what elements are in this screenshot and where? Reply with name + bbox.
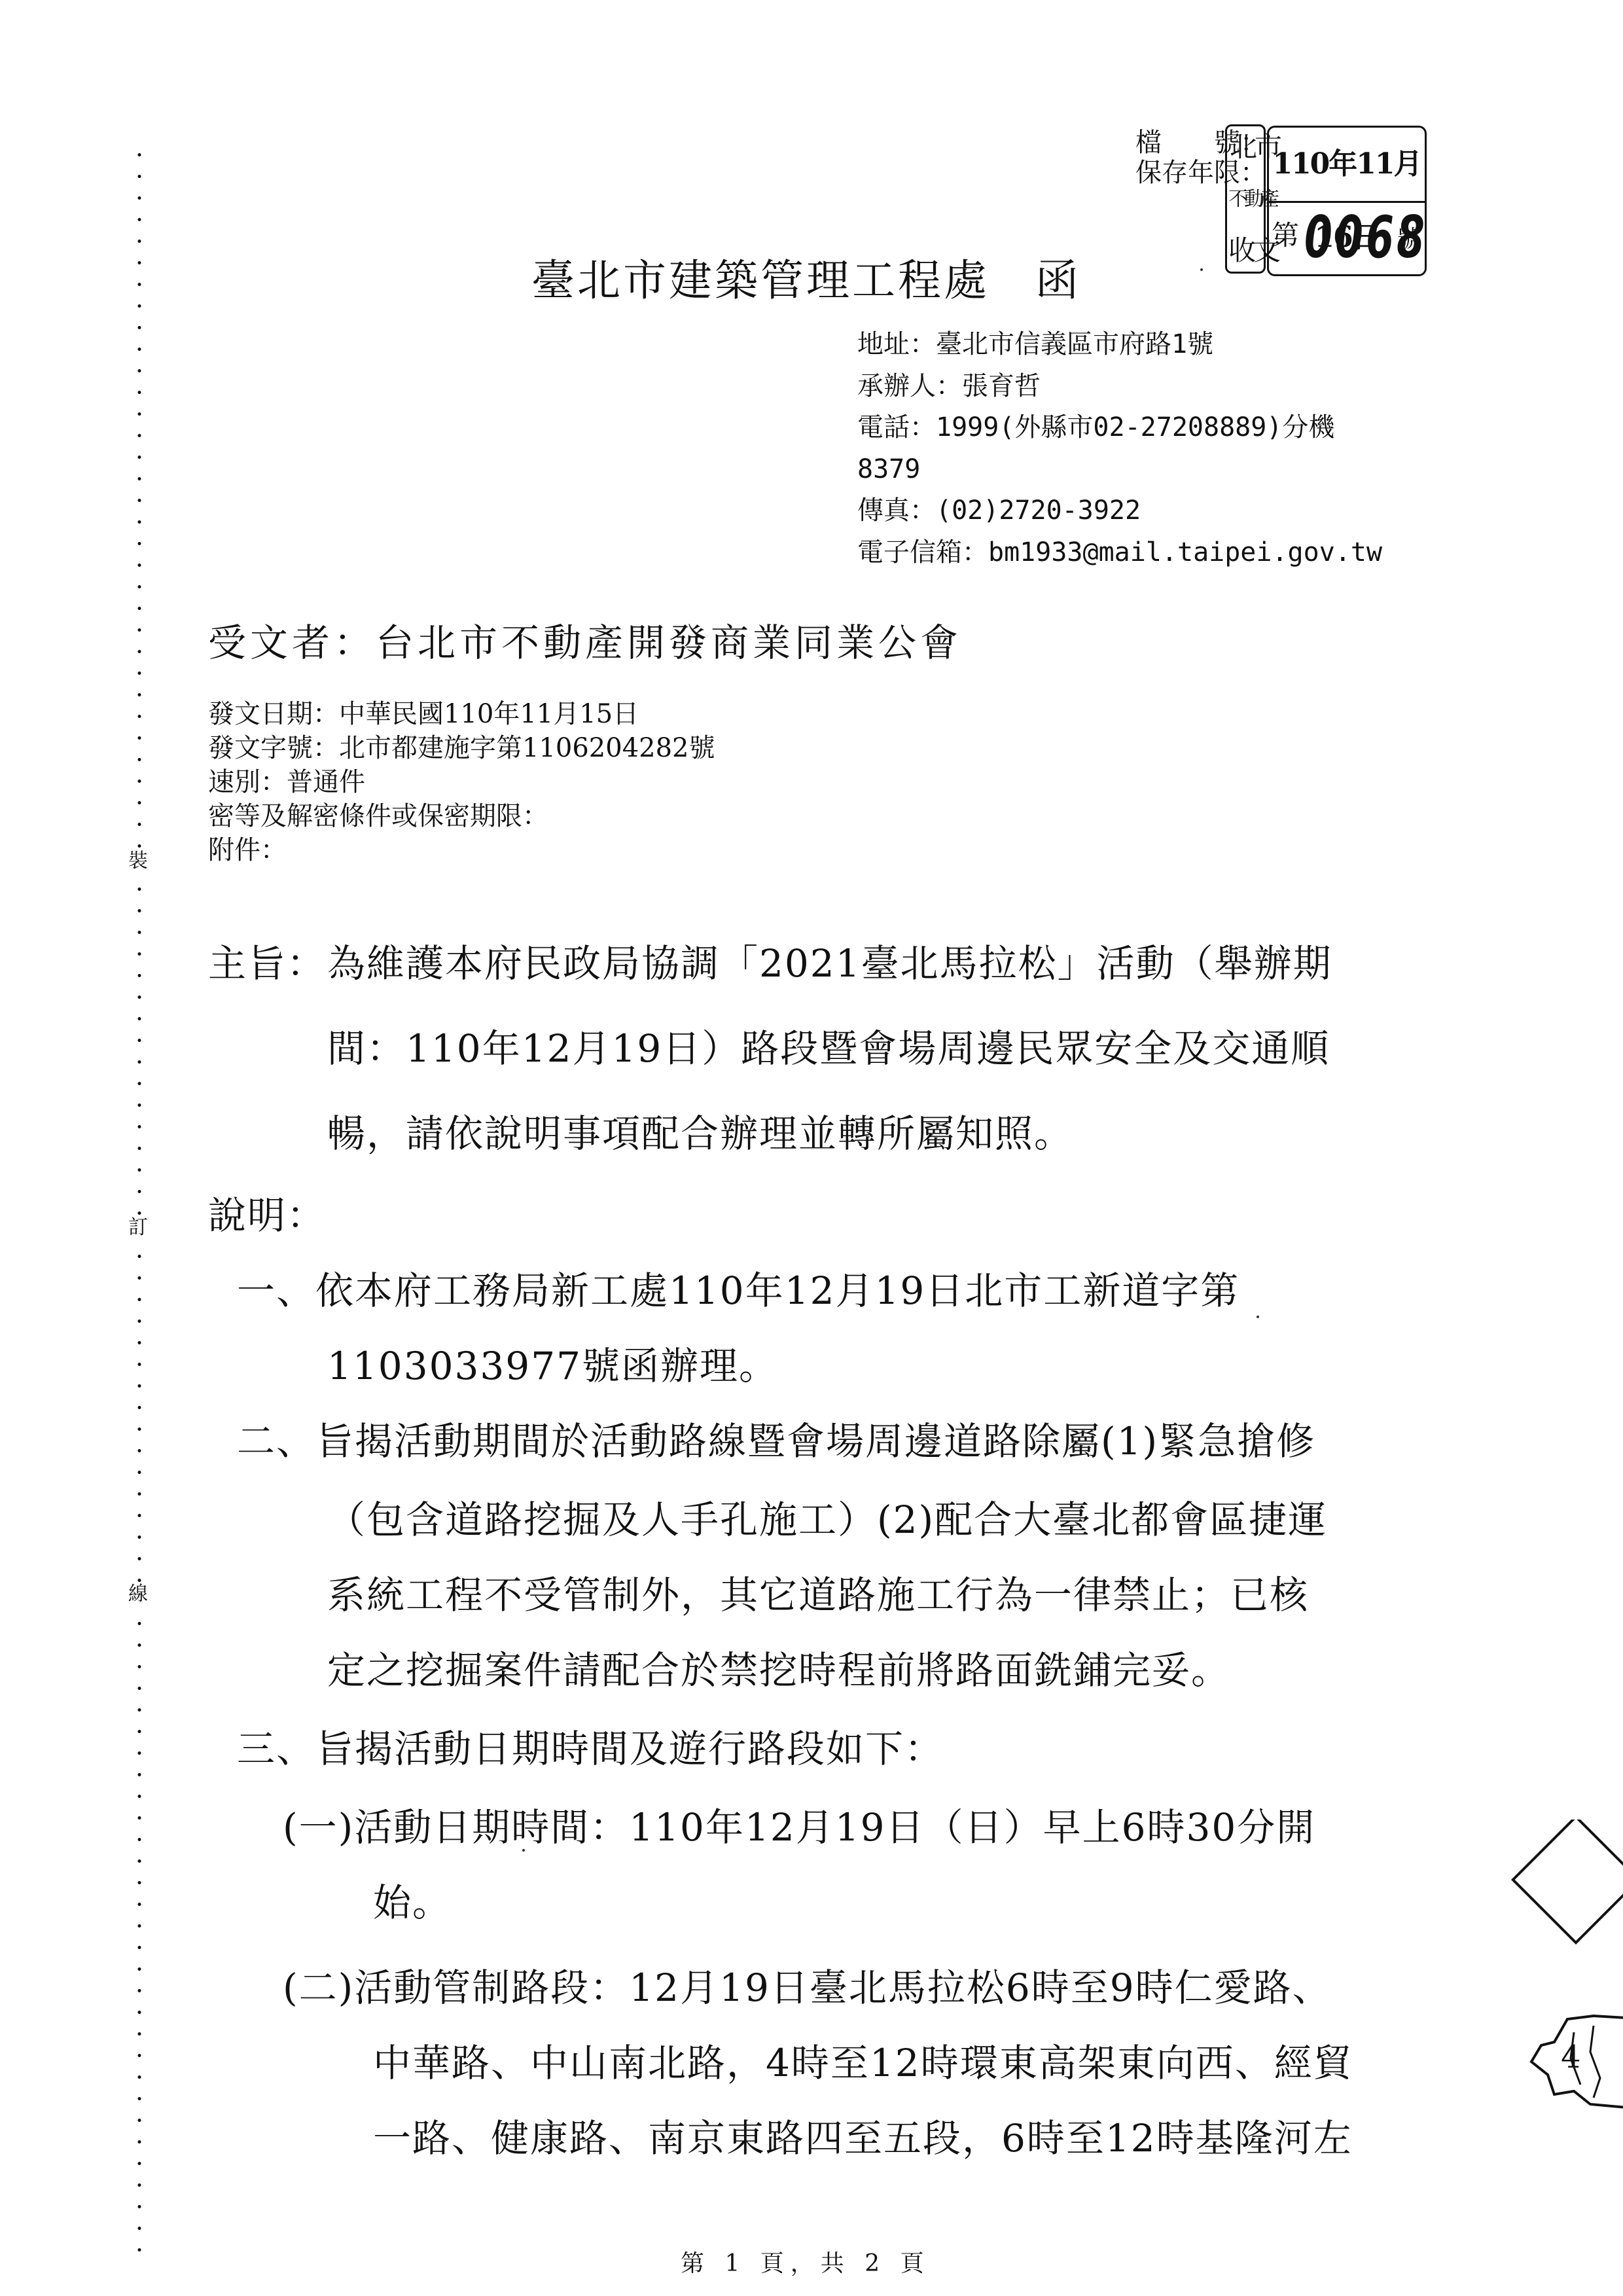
page-footer: 第 1 頁，共 2 頁	[681, 2245, 931, 2278]
contact-email[interactable]: 電子信箱：bm1933@mail.taipei.gov.tw	[857, 532, 1382, 574]
explanation-subitem-2: 一路、健康路、南京東路四至五段，6時至12時基隆河左	[373, 2108, 1353, 2162]
explanation-item-1: 一、依本府工務局新工處110年12月19日北市工新道字第	[237, 1260, 1240, 1315]
explanation-item-2: 二、旨揭活動期間於活動路線暨會場周邊道路除屬(1)緊急搶修	[237, 1410, 1315, 1465]
seal-diamond-outline	[1511, 1820, 1623, 1945]
contact-block: 地址：臺北市信義區市府路1號 承辦人：張育哲 電話：1999(外縣市02-272…	[857, 324, 1382, 573]
scan-speck	[1257, 1316, 1259, 1318]
recipient: 受文者：台北市不動產開發商業同業公會	[208, 612, 962, 667]
binding-mark-xian: 線	[128, 1583, 148, 1606]
partial-seal-star: 4	[1528, 2013, 1623, 2111]
partial-seal-diamond	[1505, 1820, 1623, 1950]
seal-star-digit: 4	[1561, 2039, 1581, 2075]
binding-mark-ding: 訂	[128, 1216, 148, 1240]
explanation-item-1: 1103033977號函辦理。	[327, 1335, 778, 1390]
explanation-subitem-2: (二)活動管制路段：12月19日臺北馬拉松6時至9時仁愛路、	[283, 1957, 1332, 2012]
attachments: 附件：	[208, 833, 715, 867]
issue-date: 發文日期：中華民國110年11月15日	[208, 697, 715, 731]
contact-phone: 電話：1999(外縣市02-27208889)分機	[857, 407, 1382, 449]
priority: 速別：普通件	[208, 765, 715, 799]
meta-fields: 發文日期：中華民國110年11月15日 發文字號：北市都建施字第11062042…	[208, 697, 715, 867]
explanation-subitem-1: 始。	[373, 1872, 452, 1927]
document-title: 臺北市建築管理工程處 函	[531, 245, 1081, 308]
subject-line: 間：110年12月19日）路段暨會場周邊民眾安全及交通順	[327, 1018, 1330, 1073]
stamp-number-row: 第 0068 號	[1269, 201, 1425, 274]
doc-number: 發文字號：北市都建施字第1106204282號	[208, 731, 715, 765]
stamp-number-suffix: 號	[1397, 221, 1421, 254]
explanation-label: 說明：	[208, 1185, 326, 1240]
subject-line: 為維護本府民政局協調「2021臺北馬拉松」活動（舉辦期	[327, 933, 1332, 988]
contact-handler: 承辦人：張育哲	[857, 366, 1382, 408]
scan-speck	[522, 1849, 525, 1852]
contact-phone-ext: 8379	[857, 449, 1382, 491]
scan-speck	[1200, 268, 1203, 271]
contact-address: 地址：臺北市信義區市府路1號	[857, 324, 1382, 366]
subject-label: 主旨：	[208, 933, 326, 988]
subject-line: 暢，請依說明事項配合辦理並轉所屬知照。	[327, 1103, 1073, 1158]
explanation-item-3: 三、旨揭活動日期時間及遊行路段如下：	[237, 1718, 944, 1773]
contact-fax: 傳真：(02)2720-3922	[857, 490, 1382, 532]
receipt-stamp: 北市 不動產 收文 110年11月16日 第 0068 號	[1225, 124, 1623, 281]
explanation-item-2: （包含道路挖掘及人手孔施工）(2)配合大臺北都會區捷運	[327, 1489, 1327, 1544]
binding-mark-zhuang: 裝	[128, 850, 148, 873]
stamp-number-prefix: 第	[1272, 214, 1299, 253]
stamp-org-box: 北市 不動產 收文	[1225, 124, 1266, 274]
stamp-date: 110年11月16日	[1269, 128, 1425, 203]
explanation-subitem-2: 中華路、中山南北路，4時至12時環東高架東向西、經貿	[373, 2032, 1353, 2087]
explanation-subitem-1: (一)活動日期時間：110年12月19日（日）早上6時30分開	[283, 1797, 1315, 1852]
stamp-body: 110年11月16日 第 0068 號	[1267, 126, 1427, 276]
classification: 密等及解密條件或保密期限：	[208, 799, 715, 833]
explanation-item-2: 定之挖掘案件請配合於禁挖時程前將路面銑鋪完妥。	[327, 1640, 1230, 1695]
binding-line	[137, 144, 141, 2265]
explanation-item-2: 系統工程不受管制外，其它道路施工行為一律禁止；已核	[327, 1564, 1309, 1619]
